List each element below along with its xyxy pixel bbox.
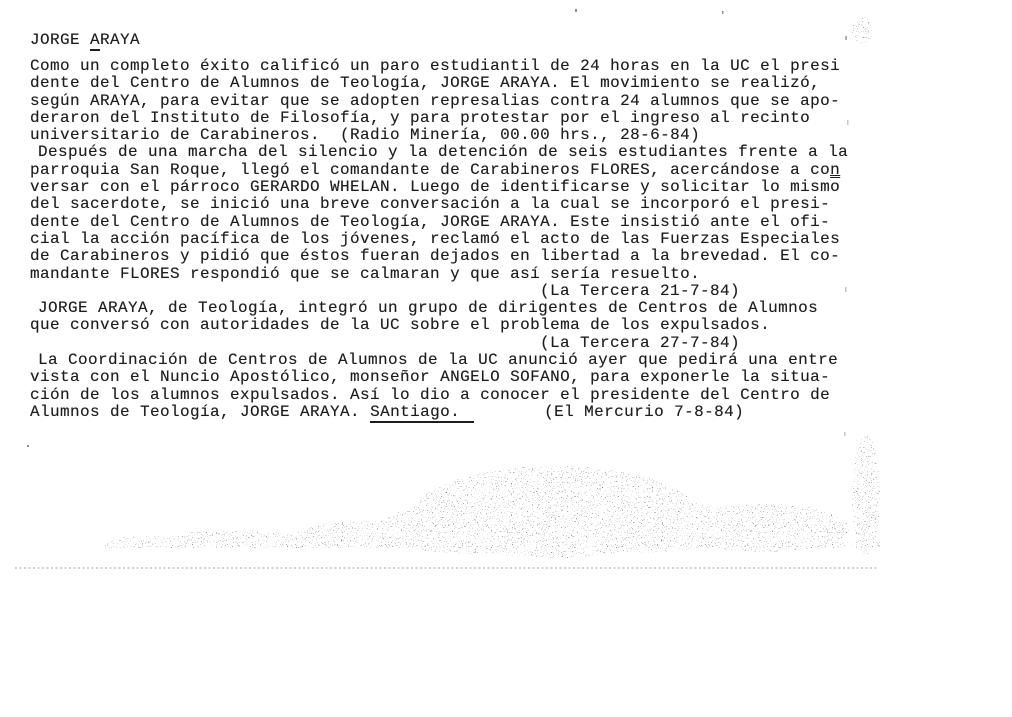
text-line: versar con el párroco GERARDO WHELAN. Lu… [30, 179, 848, 196]
title-text: RAYA [100, 31, 140, 49]
text-line: cial la acción pacífica de los jóvenes, … [30, 231, 848, 248]
text-line: de Carabineros y pidió que éstos fueran … [30, 248, 848, 265]
text-line: mandante FLORES respondió que se calmara… [30, 266, 848, 283]
text-line: vista con el Nuncio Apostólico, monseñor… [30, 369, 848, 386]
scan-speckle-band-dense-edge [160, 544, 880, 547]
text-line: Después de una marcha del silencio y la … [30, 144, 848, 161]
scanned-document-page: JORGE ARAYA Como un completo éxito calif… [0, 0, 1012, 717]
underlined-dateline: SAntiago. [370, 403, 474, 423]
source-citation: (La Tercera 27-7-84) [30, 335, 848, 352]
text-line: ción de los alumnos expulsados. Así lo d… [30, 387, 848, 404]
text-segment: parroquia San Roque, llegó el comandante… [30, 161, 830, 179]
title-text: JORGE [30, 31, 90, 49]
text-line-with-citation: Alumnos de Teología, JORGE ARAYA. SAntia… [30, 404, 848, 421]
source-citation: (La Tercera 21-7-84) [30, 283, 848, 300]
document-body: Como un completo éxito calificó un paro … [30, 58, 848, 421]
text-segment: Alumnos de Teología, JORGE ARAYA. [30, 403, 370, 421]
text-line: parroquia San Roque, llegó el comandante… [30, 162, 848, 179]
title-underlined-letter: A [90, 31, 100, 51]
document-title: JORGE ARAYA [30, 32, 140, 49]
text-line-with-citation: universitario de Carabineros. (Radio Min… [30, 127, 848, 144]
continuation-marked-letter: n [830, 161, 840, 179]
text-line: que conversó con autoridades de la UC so… [30, 317, 848, 334]
text-line: deraron del Instituto de Filosofía, y pa… [30, 110, 848, 127]
continuation-marked-letter: o [830, 178, 840, 196]
text-line: La Coordinación de Centros de Alumnos de… [30, 352, 848, 369]
text-line: según ARAYA, para evitar que se adopten … [30, 93, 848, 110]
text-line: JORGE ARAYA, de Teología, integró un gru… [30, 300, 848, 317]
text-line: dente del Centro de Alumnos de Teología,… [30, 214, 848, 231]
source-citation: (El Mercurio 7-8-84) [474, 403, 744, 421]
text-line: del sacerdote, se inició una breve conve… [30, 196, 848, 213]
text-line: dente del Centro de Alumnos de Teología,… [30, 75, 848, 92]
text-segment: versar con el párroco GERARDO WHELAN. Lu… [30, 178, 830, 196]
text-line: Como un completo éxito calificó un paro … [30, 58, 848, 75]
